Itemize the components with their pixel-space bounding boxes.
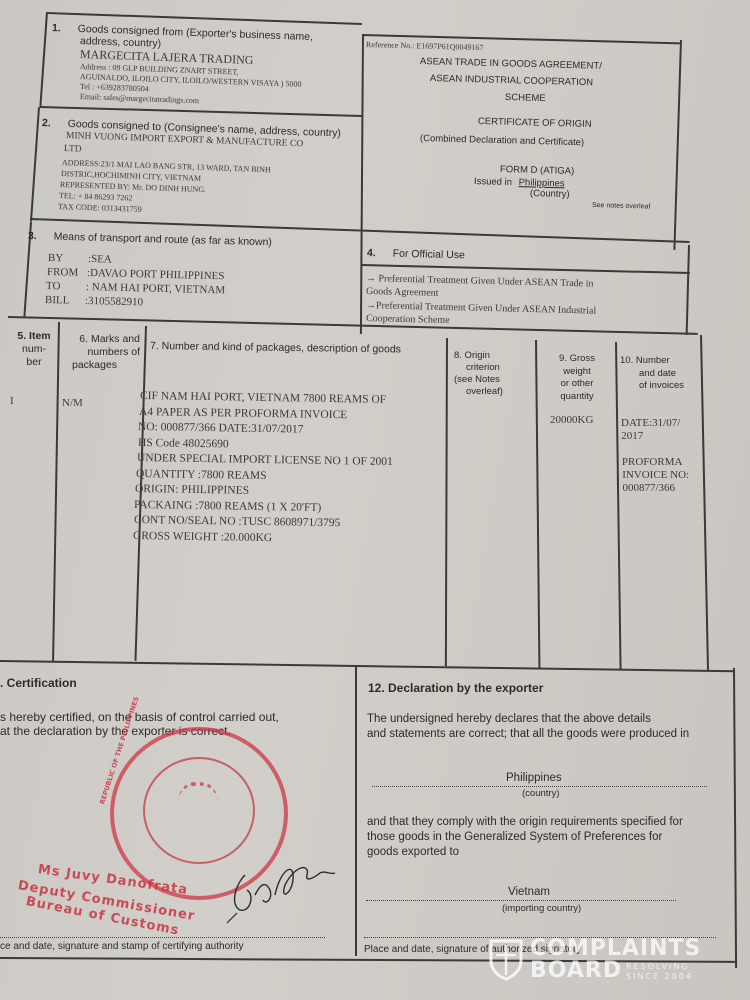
- border-right-bottom: [733, 668, 737, 968]
- box11-title: . Certification: [0, 676, 77, 690]
- signature-icon: [225, 855, 345, 925]
- watermark-tag2: SINCE 2004: [626, 972, 693, 981]
- divider-table-bottom: [0, 660, 735, 672]
- box4-label-text: For Official Use: [393, 248, 465, 262]
- col5-header-l1: 5. Item: [12, 330, 56, 343]
- description-line: GROSS WEIGHT :20.000KG: [133, 530, 272, 544]
- col6-header-l1: 6. Marks and: [62, 333, 140, 346]
- border-right-mid: [686, 245, 690, 335]
- box1-number: 1.: [52, 22, 61, 34]
- col10-header: 10. Number and date of invoices: [620, 355, 684, 393]
- divider-center-top: [360, 34, 364, 334]
- col6-header: 6. Marks and numbers of packages: [62, 333, 140, 372]
- transport-key: TO: [46, 280, 86, 293]
- certificate-title: CERTIFICATE OF ORIGIN: [478, 116, 592, 130]
- transport-value: :DAVAO PORT PHILIPPINES: [87, 267, 225, 282]
- divider-11-12: [355, 666, 357, 956]
- divider-1-2: [40, 106, 362, 116]
- transport-value: : NAM HAI PORT, VIETNAM: [86, 281, 225, 296]
- gross-weight-value: 20000KG: [550, 414, 593, 426]
- col-line-5-6: [52, 322, 59, 662]
- col10-header-l1: 10. Number: [620, 355, 684, 368]
- watermark-line2: BOARD: [530, 958, 622, 983]
- col8-header: 8. Origin criterion (see Notes overleaf): [454, 350, 503, 398]
- certifier-signature-line: [0, 937, 325, 938]
- consignee-tel: TEL: + 84 86293 7262: [59, 191, 133, 203]
- declaration-line2: and statements are correct; that all the…: [367, 728, 689, 740]
- transport-value: :SEA: [88, 253, 112, 266]
- invoice-line: PROFORMA: [622, 456, 683, 468]
- col9-header-l1: 9. Gross: [543, 353, 611, 366]
- border-left-mid: [30, 107, 40, 222]
- description-line: HS Code 48025690: [137, 437, 228, 450]
- marks-numbers: N/M: [62, 397, 83, 409]
- exporter-email: Email: sales@margecitatradings.com: [80, 92, 199, 105]
- box11-footer: ce and date, signature and stamp of cert…: [0, 941, 243, 952]
- importing-country-caption: (importing country): [502, 903, 581, 914]
- col5-header-l3: ber: [12, 356, 56, 369]
- form-type: FORM D (ATIGA): [500, 164, 574, 177]
- declaration-line3: and that they comply with the origin req…: [367, 816, 683, 828]
- item-number: I: [10, 395, 14, 407]
- country-line: [372, 786, 707, 787]
- box4-number: 4.: [367, 247, 376, 259]
- description-line: NO: 000877/366 DATE:31/07/2017: [138, 421, 304, 436]
- col-line-7-8: [445, 338, 448, 666]
- reference-number: Reference No.: E1697P61Q0049167: [366, 40, 484, 52]
- certification-line1: s hereby certified, on the basis of cont…: [0, 710, 279, 724]
- col7-header: 7. Number and kind of packages, descript…: [150, 340, 401, 356]
- border-left-top: [39, 12, 47, 107]
- transport-key: FROM: [47, 266, 87, 279]
- box12-title: 12. Declaration by the exporter: [368, 681, 543, 695]
- col6-header-l3: packages: [62, 359, 140, 372]
- consignee-tax-code: TAX CODE: 0313431759: [58, 202, 142, 214]
- col9-header: 9. Gross weight or other quantity: [543, 353, 611, 403]
- col8-header-l4: overleaf): [454, 386, 503, 398]
- col5-header: 5. Item num- ber: [12, 330, 56, 369]
- transport-key: BILL: [45, 294, 85, 307]
- transport-value: :3105582910: [85, 295, 143, 308]
- box2-number: 2.: [42, 117, 51, 129]
- issued-in: Issued in Philippines: [474, 176, 565, 189]
- country-caption-12: (country): [522, 788, 559, 799]
- description-line: QUANTITY :7800 REAMS: [136, 468, 267, 482]
- watermark-tag1: RESOLVING: [626, 962, 690, 971]
- invoice-line: 000877/366: [623, 482, 676, 494]
- divider-3-5: [8, 316, 698, 334]
- invoice-line: DATE:31/07/: [621, 417, 680, 429]
- col9-header-l4: quantity: [543, 391, 611, 404]
- box3-label-text: Means of transport and route (as far as …: [54, 231, 273, 249]
- col5-header-l2: num-: [12, 343, 56, 356]
- agreement-line3: SCHEME: [505, 92, 546, 104]
- declaration-line4: those goods in the Generalized System of…: [367, 831, 662, 843]
- transport-key: BY: [48, 252, 88, 265]
- official-use-line4: Cooperation Scheme: [366, 313, 450, 326]
- description-line: ORIGIN: PHILIPPINES: [135, 483, 249, 497]
- consignee-name-line2: LTD: [64, 144, 82, 155]
- col10-header-l2: and date: [620, 368, 684, 381]
- divider-4: [362, 264, 690, 274]
- invoice-line: INVOICE NO:: [622, 469, 689, 481]
- col9-header-l2: weight: [543, 366, 611, 379]
- certificate-subtitle: (Combined Declaration and Certificate): [420, 133, 584, 148]
- description-line: UNDER SPECIAL IMPORT LICENSE NO 1 OF 200…: [137, 452, 393, 468]
- description-line: PACKAING :7800 REAMS (1 X 20'FT): [134, 499, 321, 514]
- col9-header-l3: or other: [543, 378, 611, 391]
- transport-row: BY:SEA: [48, 252, 112, 266]
- declaration-line5: goods exported to: [367, 846, 459, 858]
- producing-country: Philippines: [505, 772, 563, 784]
- official-use-line2: Goods Agreement: [366, 286, 439, 299]
- box4-label: 4. For Official Use: [367, 247, 465, 261]
- col6-header-l2: numbers of: [62, 346, 140, 359]
- col8-header-l2: criterion: [454, 362, 503, 374]
- country-caption: (Country): [530, 188, 570, 200]
- agreement-line1: ASEAN TRADE IN GOODS AGREEMENT/: [420, 56, 602, 72]
- declaration-line1: The undersigned hereby declares that the…: [367, 713, 651, 725]
- col8-header-l3: (see Notes: [454, 374, 503, 386]
- box3-label: 3. Means of transport and route (as far …: [28, 230, 272, 248]
- certificate-document: 1. Goods consigned from (Exporter's busi…: [0, 0, 750, 1000]
- description-line: CONT NO/SEAL NO :TUSC 8608971/3795: [133, 514, 340, 529]
- description-line: CIF NAM HAI PORT, VIETNAM 7800 REAMS OF: [140, 390, 386, 406]
- border-right-table: [700, 335, 709, 670]
- col8-header-l1: 8. Origin: [454, 350, 503, 362]
- col-line-8-9: [535, 340, 540, 668]
- seal-emblem-icon: [178, 782, 218, 834]
- col10-header-l3: of invoices: [620, 380, 684, 393]
- transport-row: BILL:3105582910: [45, 294, 143, 308]
- box3-number: 3.: [28, 230, 37, 242]
- issued-in-label: Issued in: [474, 176, 512, 188]
- invoice-line: 2017: [621, 430, 643, 442]
- border-right-top: [673, 40, 681, 250]
- importing-country-line: [366, 900, 676, 901]
- importing-country: Vietnam: [507, 886, 551, 898]
- description-line: A4 PAPER AS PER PROFORMA INVOICE: [139, 406, 347, 421]
- see-notes: See notes overleaf: [592, 202, 651, 211]
- agreement-line2: ASEAN INDUSTRIAL COOPERATION: [430, 73, 593, 88]
- complaintsboard-shield-icon: [488, 937, 524, 981]
